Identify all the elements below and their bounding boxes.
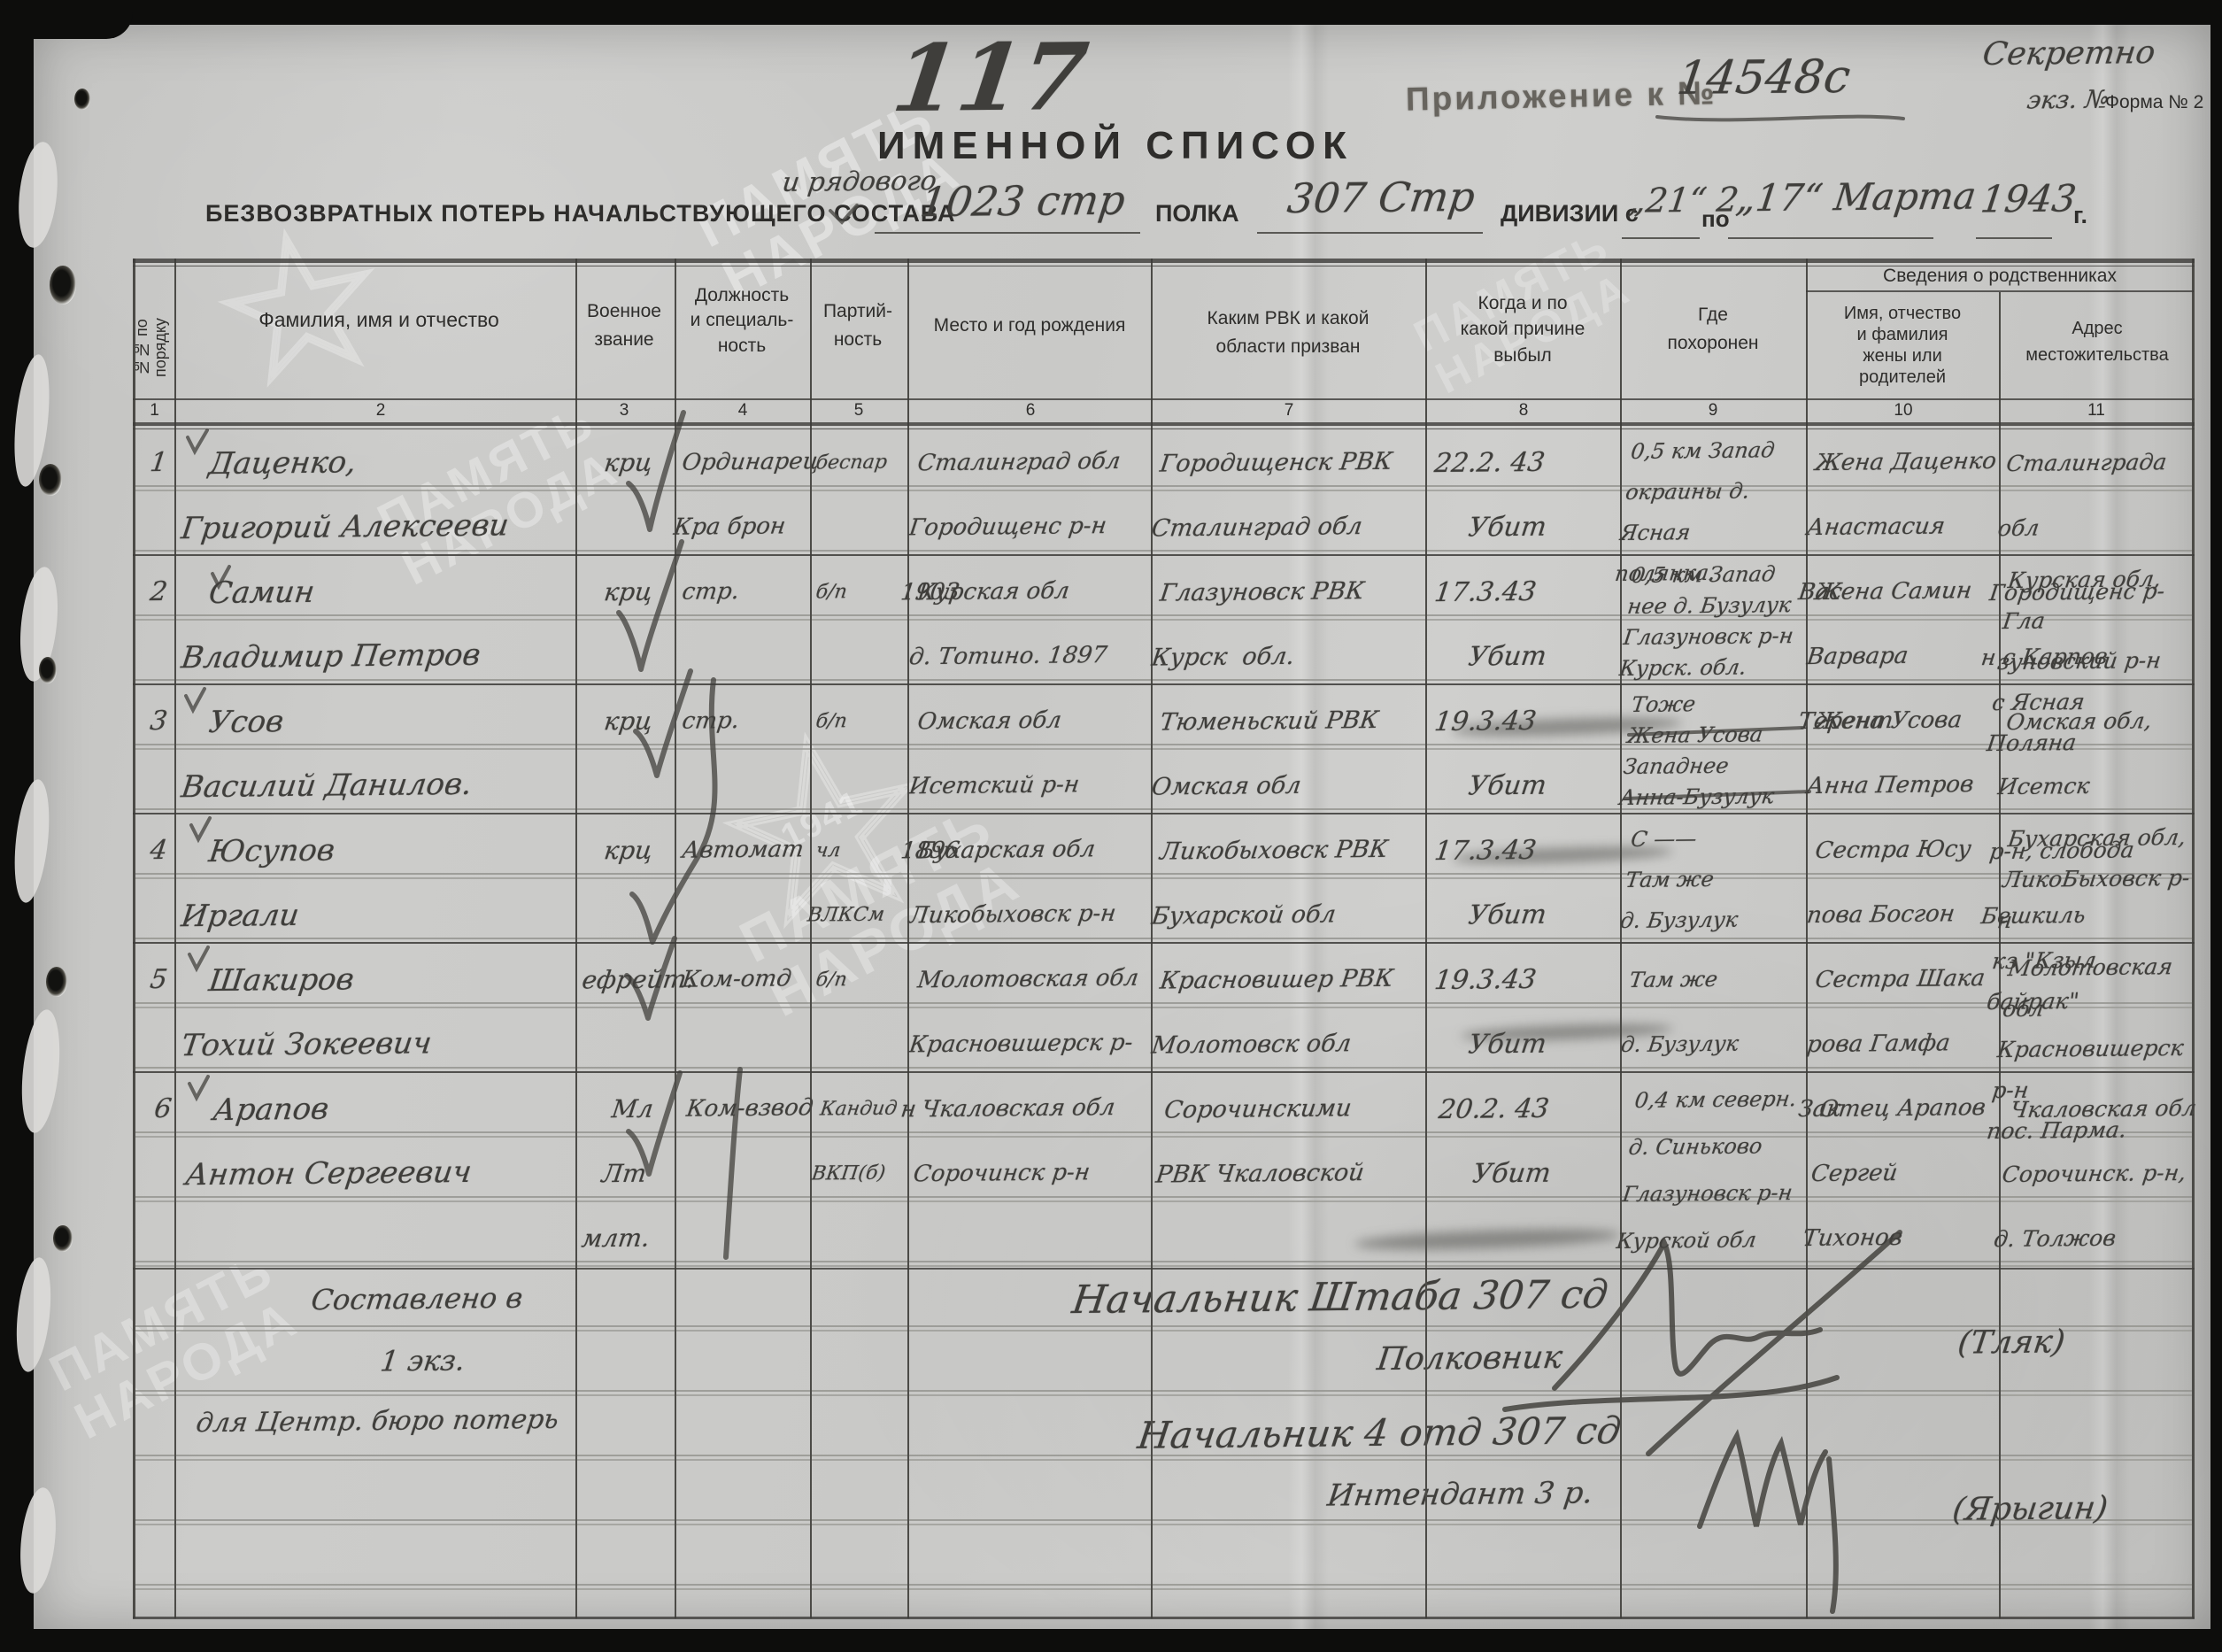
col-header-kin: Имя, отчество и фамилия жены или родител…	[1809, 303, 1995, 388]
col-number-3: 3	[578, 401, 670, 421]
row-1-addr: Сталинграда обл Городищенс р-н с Карпов	[1994, 429, 2198, 560]
row-6-name: Арапов Антон Сергеевич	[173, 1075, 588, 1274]
row-3-pos: стр.	[669, 688, 815, 819]
subtitle-printed: БЕЗВОЗВРАТНЫХ ПОТЕРЬ НАЧАЛЬСТВУЮЩЕГО СОС…	[205, 200, 956, 228]
row-3-where: Тоже Жена Усова Западнее Анна-Бузулук	[1616, 688, 1809, 819]
page-number: 117	[887, 22, 1093, 133]
row-1-birth: Сталинград обл Городищенс р-н 1903	[905, 429, 1155, 561]
row-2-rvk: Глазуновск РВК Курск обл.	[1147, 558, 1430, 690]
year-g-label: г.	[2073, 202, 2087, 229]
signature2-rank: Интендант 3 р.	[1325, 1475, 1595, 1513]
row-1-kin: Жена Даценко Анастасия Вас	[1802, 429, 2003, 560]
col-header-rank: Военное звание	[578, 297, 670, 353]
col-header-birth: Место и год рождения	[912, 315, 1147, 336]
polka-label: ПОЛКА	[1155, 200, 1239, 228]
row-2-birth: Курская обл д. Тотино. 1897	[905, 559, 1155, 691]
row-4-party: чл ВЛКСм	[803, 817, 914, 947]
row-6-addr: Чкаловская обл Сорочинск. р-н, д. Толжов	[1990, 1076, 2203, 1272]
row-3-birth: Омская обл Исетский р-н 1896	[905, 688, 1155, 820]
scanned-document: ПАМЯТЬНАРОДА ПАМЯТЬНАРОДА ПАМЯТЬНАРОДА П…	[0, 0, 2222, 1652]
relatives-span-header: Сведения о родственниках	[1806, 266, 2194, 287]
col-number-6: 6	[914, 401, 1147, 421]
divizii-label: ДИВИЗИИ с	[1501, 200, 1639, 228]
division-number: 307 Стр	[1285, 173, 1477, 222]
appendix-stamp: Приложение к №	[1406, 74, 1717, 118]
document-title: ИМЕННОЙ СПИСОК	[868, 124, 1363, 168]
row-1-when: 22.2. 43 Убит	[1422, 429, 1624, 560]
col-header-party: Партий- ность	[811, 297, 905, 353]
row-2-kin: Жена Самин Варвара Терент	[1802, 559, 2003, 690]
scan-border-bottom	[0, 1629, 2222, 1652]
row-5-kin: Сестра Шака рова Гамфа Зак	[1802, 946, 2003, 1077]
row-6-pos: Ком-взвод	[666, 1076, 821, 1272]
row-2-where: 0,5 км Запад нее д. Бузулук Глазуновск р…	[1616, 559, 1809, 690]
col-header-address: Адрес местожительства	[2002, 315, 2192, 368]
row-3-rvk: Тюменьский РВК Омская обл	[1147, 687, 1430, 819]
row-4-rvk: Ликобыховск РВК Бухарской обл	[1147, 816, 1430, 948]
po-label: по	[1701, 205, 1730, 233]
blank-underline	[1728, 237, 1933, 239]
secret-label: Секретно	[1980, 35, 2157, 73]
row-5-when: 19.3.43 Убит	[1422, 946, 1624, 1077]
blank-underline	[1622, 237, 1700, 239]
row-5-birth: Молотовская обл Красновишерск р-н	[905, 946, 1155, 1078]
col-number-9: 9	[1625, 401, 1801, 421]
row-6-birth: Чкаловская обл Сорочинск р-н	[901, 1076, 1161, 1273]
signature2-role: Начальник 4 отд 307 сд	[1135, 1409, 1624, 1457]
row-2-party: б/п	[803, 559, 914, 689]
row-4-when: 17.3.43 Убит	[1422, 817, 1624, 948]
col-header-where: Где похоронен	[1624, 301, 1802, 357]
blank-underline	[1976, 237, 2052, 239]
signature2-name: (Ярыгин)	[1950, 1490, 2110, 1528]
col-header-name: Фамилия, имя и отчество	[186, 308, 572, 332]
row-3-name: Усов Василий Данилов.	[177, 687, 584, 821]
table-horizontal-line	[133, 259, 2195, 263]
row-4-kin: Сестра Юсу пова Босгон	[1802, 817, 2003, 948]
row-5-rvk: Красновишер РВК Молотовск обл	[1147, 946, 1430, 1077]
row-2-rank: крц	[569, 559, 678, 689]
col-header-rvk: Каким РВК и какой области призван	[1154, 305, 1422, 360]
col-header-position: Должность и специаль- ность	[676, 283, 807, 359]
punch-hole	[50, 266, 76, 305]
compiled-note-line1: Составлено в	[309, 1281, 524, 1316]
row-5-where: Там же д. Бузулук	[1616, 946, 1809, 1077]
row-5-pos: Ком-отд	[669, 946, 815, 1077]
appendix-number: 14548с	[1674, 50, 1854, 105]
row-4-name: Юсупов Иргали	[177, 816, 584, 950]
row-6-where: 0,4 км северн. д. Синьково Глазуновск р-…	[1613, 1076, 1814, 1272]
scan-corner-shadow	[0, 0, 133, 39]
table-horizontal-line	[133, 398, 2195, 400]
copy-label: экз. №	[2025, 85, 2110, 115]
row-1-name: Даценко, Григорий Алексееви	[177, 428, 584, 562]
row-2-name: Самин Владимир Петров	[177, 558, 584, 691]
regiment-number: 1023 стр	[917, 176, 1128, 226]
table-horizontal-line	[133, 266, 2195, 266]
col-header-index: №№ по порядку	[133, 292, 174, 404]
compiled-note-line2: 1 экз.	[378, 1344, 467, 1378]
punch-hole	[39, 657, 57, 683]
subtitle-insertion: и рядового	[781, 166, 939, 198]
year-value: 1943	[1979, 176, 2079, 220]
row-2-addr: Курская обл, Гла зуновский р-н с Ясная П…	[1994, 559, 2198, 690]
row-1-where: 0,5 км Запад окраины д. Ясная полянка.	[1616, 429, 1809, 560]
table-horizontal-line	[1806, 290, 2194, 292]
row-3-party: б/п	[803, 688, 914, 818]
row-5-party: б/п	[803, 946, 914, 1077]
scan-border-right	[2210, 0, 2222, 1652]
row-1-party: беспар	[803, 429, 914, 560]
col-header-when: Когда и по какой причине выбыл	[1429, 290, 1616, 368]
col-number-5: 5	[812, 401, 906, 421]
punch-hole	[39, 464, 62, 496]
col-number-8: 8	[1431, 401, 1616, 421]
scan-border-top	[0, 0, 2222, 25]
col-number-10: 10	[1811, 401, 1995, 421]
row-3-when: 19.3.43 Убит	[1422, 688, 1624, 819]
row-3-rank: крц	[569, 688, 678, 818]
row-3-kin: Жена Усова Анна Петров	[1802, 688, 2003, 819]
row-1-rvk: Городищенск РВК Сталинград обл	[1147, 428, 1430, 560]
signature1-name: (Тляк)	[1956, 1324, 2067, 1361]
row-4-where: С —— Там же д. Бузулук	[1616, 817, 1809, 948]
col-number-7: 7	[1156, 401, 1422, 421]
col-number-4: 4	[678, 401, 807, 421]
date-to: „17“ Марта	[1734, 174, 1979, 220]
signature1-rank: Полковник	[1375, 1339, 1564, 1378]
col-number-11: 11	[2002, 401, 2190, 421]
row-5-name: Шакиров Тохий Зокеевич	[177, 946, 584, 1079]
punch-hole	[53, 1225, 73, 1252]
punch-hole	[74, 89, 90, 110]
row-4-addr: Бухарская обл, ЛикоБыховск р-н кз "Кзыл …	[1994, 817, 2198, 948]
row-4-birth: Бухарская обл Ликобыховск р-н	[905, 817, 1155, 949]
table-horizontal-line	[133, 422, 2195, 426]
row-4-pos: Автомат	[669, 817, 815, 948]
row-4-rank: крц	[569, 817, 678, 947]
row-5-addr: Молотовская обл Красновишерск р-н пос. П…	[1994, 946, 2198, 1077]
row-1-rank: крц	[569, 429, 678, 560]
row-5-rank: ефрейт.	[569, 946, 678, 1077]
row-2-pos: стр.	[669, 559, 815, 690]
form-label: Форма № 2	[2105, 92, 2203, 113]
blank-underline	[1257, 232, 1483, 234]
col-number-1: 1	[135, 401, 174, 421]
table-horizontal-line	[133, 1617, 2195, 1619]
row-1-pos: Ординарец Кра брон	[669, 429, 815, 560]
row-2-when: 17.3.43 Убит	[1422, 559, 1624, 690]
col-number-2: 2	[186, 401, 575, 421]
blank-underline	[875, 232, 1140, 234]
punch-hole	[46, 967, 67, 997]
compiled-note-line3: для Центр. бюро потерь	[194, 1404, 560, 1439]
row-6-kin: Отец Арапов Сергей Тихонов	[1799, 1076, 2009, 1272]
row-3-addr: Омская обл, Исетск р-н, слобода Бешкиль	[1994, 688, 2198, 819]
